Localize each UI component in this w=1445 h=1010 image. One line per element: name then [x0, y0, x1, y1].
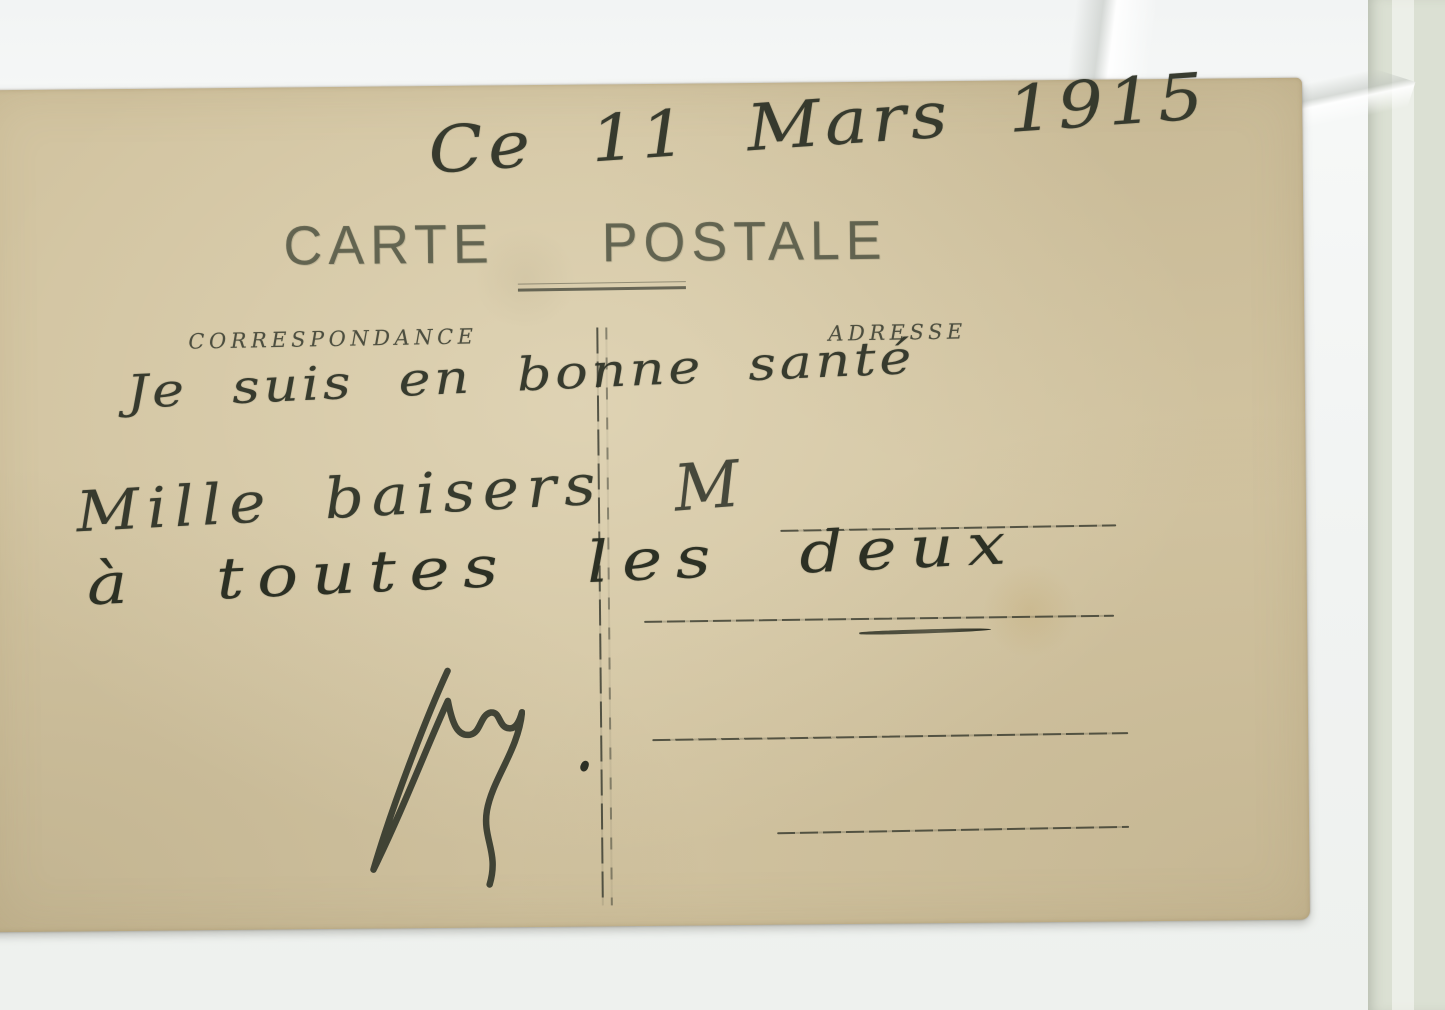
title-underline	[518, 281, 686, 291]
postcard: CARTE POSTALE CORRESPONDANCE ADRESSE Ce …	[0, 78, 1310, 933]
address-ruled-line-4	[777, 826, 1129, 834]
divider-rule	[596, 327, 614, 905]
carte-postale-title: CARTE POSTALE	[283, 213, 887, 274]
paper-edge-highlight	[1392, 0, 1414, 1010]
postcard-scan: CARTE POSTALE CORRESPONDANCE ADRESSE Ce …	[0, 0, 1445, 1010]
handwritten-message-line-2: Mille baisers	[75, 457, 605, 541]
ink-dot	[579, 760, 589, 773]
divider-line	[605, 327, 613, 905]
signature-stroke	[372, 670, 524, 885]
address-ruled-line-3	[652, 732, 1128, 741]
correspondance-label: CORRESPONDANCE	[188, 326, 477, 352]
handwriting-flourish-stroke	[859, 627, 991, 635]
divider-line	[596, 327, 604, 905]
address-ruled-line-2	[644, 615, 1114, 623]
addressee-initial: M	[672, 453, 742, 522]
handwritten-date: Ce 11 Mars 1915	[426, 65, 1210, 184]
signature-scribble	[359, 656, 526, 898]
